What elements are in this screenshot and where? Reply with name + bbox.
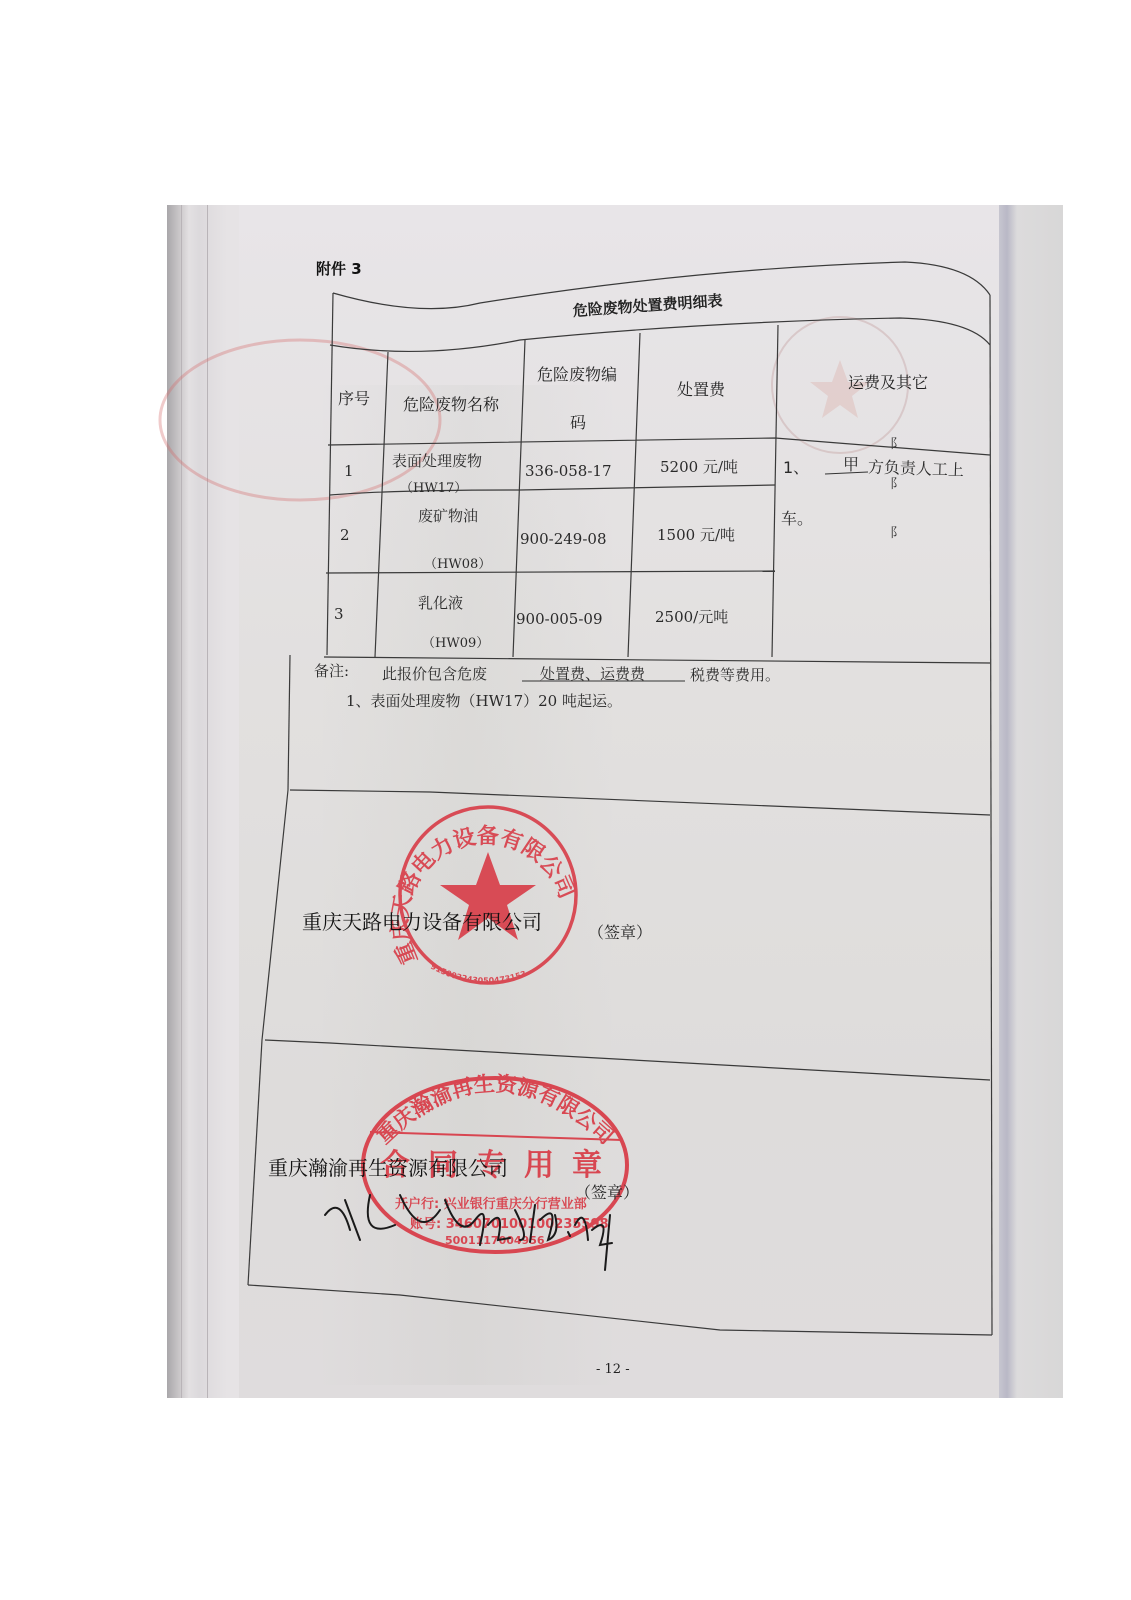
- row-2-code: 900-249-08: [520, 530, 606, 548]
- header-name: 危险废物名称: [403, 392, 499, 415]
- header-fee: 处置费: [677, 377, 725, 400]
- header-code-line1: 危险废物编: [537, 362, 617, 385]
- page-number: - 12 -: [596, 1362, 630, 1377]
- transport-note-party: 甲: [843, 452, 859, 475]
- transport-note-prefix: 1、: [783, 455, 809, 478]
- faint-seal-left: [160, 340, 440, 500]
- party-a-sign-label: （签章）: [588, 920, 652, 943]
- remarks-text-after: 税费等费用。: [690, 664, 780, 685]
- row-2-name: 废矿物油: [418, 505, 478, 526]
- header-seq: 序号: [338, 386, 370, 409]
- row-1-code: 336-058-17: [525, 462, 611, 480]
- remarks-underlined: 处置费、运费费: [540, 663, 645, 684]
- remarks-text-before: 此报价包含危废: [382, 663, 487, 684]
- row-3-name: 乳化液: [418, 592, 463, 613]
- transport-note-continuation: 车。: [781, 506, 813, 529]
- row-2-fee: 1500 元/吨: [657, 524, 735, 545]
- row-2-seq: 2: [340, 526, 350, 544]
- header-code-line2: 码: [570, 410, 586, 433]
- remarks-label: 备注:: [314, 660, 349, 681]
- row-3-code: 900-005-09: [516, 610, 602, 628]
- party-a-seal: 重庆天路电力设备有限公司 915002243050473153: [387, 807, 579, 985]
- row-3-name-code: （HW09）: [422, 632, 489, 651]
- svg-text:开户行: 兴业银行重庆分行营业部: 开户行: 兴业银行重庆分行营业部: [395, 1196, 587, 1212]
- row-1-fee: 5200 元/吨: [660, 456, 738, 477]
- annex-label: 附件 3: [316, 258, 362, 279]
- party-b-sign-label: （签章）: [575, 1180, 639, 1203]
- row-1-name-code: （HW17）: [400, 477, 467, 496]
- row-2-name-code: （HW08）: [424, 553, 491, 572]
- remarks-item-1: 1、表面处理废物（HW17）20 吨起运。: [346, 690, 622, 711]
- row-1-seq: 1: [344, 462, 354, 480]
- party-a-company: 重庆天路电力设备有限公司: [302, 906, 542, 935]
- row-3-fee: 2500/元吨: [655, 606, 728, 627]
- table-lines: 重庆天路电力设备有限公司 915002243050473153 重庆瀚渝再生资源…: [0, 0, 1131, 1600]
- header-transport: 运费及其它: [848, 370, 928, 393]
- svg-text:重庆瀚渝再生资源有限公司: 重庆瀚渝再生资源有限公司: [372, 1072, 618, 1149]
- transport-note-text: 方负责人工上: [868, 454, 965, 480]
- party-b-company: 重庆瀚渝再生资源有限公司: [268, 1152, 508, 1181]
- row-3-seq: 3: [334, 605, 344, 623]
- row-1-name: 表面处理废物: [392, 450, 482, 471]
- svg-text:915002243050473153: 915002243050473153: [429, 962, 527, 985]
